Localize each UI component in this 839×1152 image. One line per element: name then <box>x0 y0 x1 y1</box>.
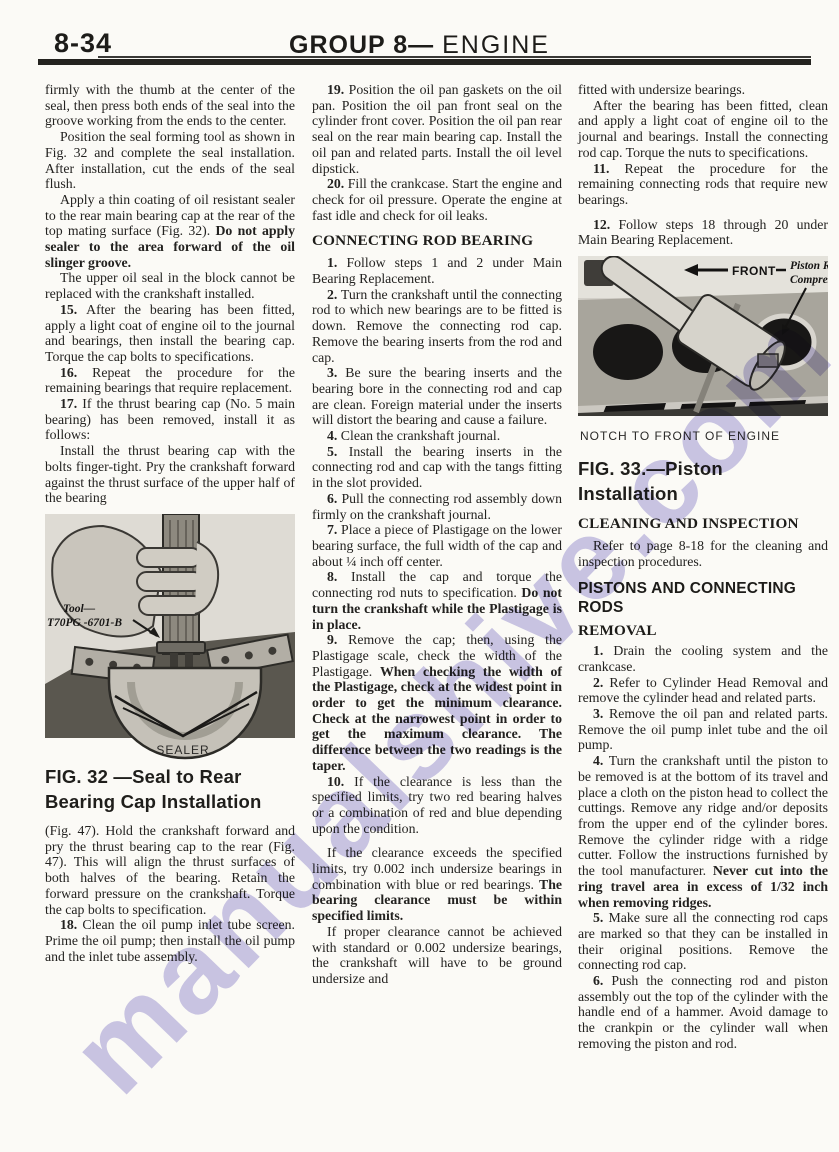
text: (Fig. 47). Hold the crankshaft forward a… <box>45 823 295 917</box>
fig33-compressor-label-line1: Piston Ring <box>790 260 828 272</box>
fig33-front-label: FRONT <box>732 264 776 278</box>
step-number: 1. <box>327 255 346 270</box>
paragraph: Apply a thin coating of oil resistant se… <box>45 192 295 271</box>
step-number: 10. <box>327 774 354 789</box>
text: Pull the connecting rod assembly down fi… <box>312 491 562 522</box>
step-number: 8. <box>327 569 351 584</box>
procedure-step: 8. Install the cap and torque the connec… <box>312 569 562 632</box>
text: Turn the crankshaft until the piston to … <box>578 753 828 878</box>
text: Position the oil pan gaskets on the oil … <box>312 82 562 176</box>
paragraph: After the bearing has been fitted, clean… <box>578 98 828 161</box>
procedure-step: 4. Clean the crankshaft journal. <box>312 428 562 444</box>
fig32-photo: Tool— T70PG -6701-B SEALER <box>45 514 295 760</box>
text: Refer to Cylinder Head Removal and remov… <box>578 675 828 706</box>
step-number: 6. <box>593 973 611 988</box>
text: Install the bearing inserts in the conne… <box>312 444 562 490</box>
step-number: 3. <box>327 365 345 380</box>
cylinder-bore <box>593 324 663 380</box>
step-number: 5. <box>327 444 349 459</box>
procedure-step: 5. Install the bearing inserts in the co… <box>312 444 562 491</box>
fig32-sealer-label: SEALER <box>156 743 209 757</box>
procedure-step: 16. Repeat the procedure for the remaini… <box>45 365 295 396</box>
procedure-step: 1. Drain the cooling system and the cran… <box>578 643 828 674</box>
step-number: 5. <box>593 910 609 925</box>
paragraph: If the clearance exceeds the specified l… <box>312 845 562 924</box>
procedure-step: 3. Remove the oil pan and related parts.… <box>578 706 828 753</box>
text: Clean the crankshaft journal. <box>341 428 500 443</box>
procedure-step: 6. Pull the connecting rod assembly down… <box>312 491 562 522</box>
step-number: 19. <box>327 82 349 97</box>
text: Fill the crankcase. Start the engine and… <box>312 176 562 222</box>
text: The upper oil seal in the block cannot b… <box>45 270 295 301</box>
procedure-step: 2. Turn the crankshaft until the connect… <box>312 287 562 366</box>
text: Push the connecting rod and piston assem… <box>578 973 828 1051</box>
text: Remove the oil pan and related parts. Re… <box>578 706 828 752</box>
text-column-3: fitted with undersize bearings.After the… <box>578 82 828 1052</box>
procedure-step: 4. Turn the crankshaft until the piston … <box>578 753 828 910</box>
text-column-1: firmly with the thumb at the center of t… <box>45 82 295 964</box>
text: After the bearing has been fitted, clean… <box>578 98 828 160</box>
paragraph: The upper oil seal in the block cannot b… <box>45 270 295 301</box>
procedure-step: 15. After the bearing has been fitted, a… <box>45 302 295 365</box>
step-number: 15. <box>60 302 86 317</box>
figure-32-seal-installation: Tool— T70PG -6701-B SEALER <box>45 514 295 760</box>
procedure-step: 19. Position the oil pan gaskets on the … <box>312 82 562 176</box>
text: If the thrust bearing cap (No. 5 main be… <box>45 396 295 442</box>
step-number: 20. <box>327 176 348 191</box>
step-number: 9. <box>327 632 348 647</box>
header-group-label: GROUP 8— <box>289 31 434 59</box>
procedure-step: 7. Place a piece of Plastigage on the lo… <box>312 522 562 569</box>
procedure-step: 2. Refer to Cylinder Head Removal and re… <box>578 675 828 706</box>
bold-text: When checking the width of the Plastigag… <box>312 664 562 773</box>
paragraph: If proper clearance cannot be achieved w… <box>312 924 562 987</box>
step-number: 1. <box>593 643 613 658</box>
text: Drain the cooling system and the crankca… <box>578 643 828 674</box>
header-rule-thick <box>38 59 811 65</box>
step-number: 18. <box>60 917 82 932</box>
procedure-step: 12. Follow steps 18 through 20 under Mai… <box>578 217 828 248</box>
procedure-step: 17. If the thrust bearing cap (No. 5 mai… <box>45 396 295 443</box>
step-number: 2. <box>593 675 609 690</box>
paragraph: firmly with the thumb at the center of t… <box>45 82 295 129</box>
procedure-step: 18. Clean the oil pump inlet tube screen… <box>45 917 295 964</box>
fig32-tool-label-line1: Tool— <box>63 603 96 615</box>
text: Be sure the bearing inserts and the bear… <box>312 365 562 427</box>
paragraph: Position the seal forming tool as shown … <box>45 129 295 192</box>
procedure-step: 6. Push the connecting rod and piston as… <box>578 973 828 1052</box>
step-number: 3. <box>593 706 609 721</box>
step-number: 17. <box>60 396 82 411</box>
text-column-2: 19. Position the oil pan gaskets on the … <box>312 82 562 987</box>
procedure-step: 10. If the clearance is less than the sp… <box>312 774 562 837</box>
step-number: 4. <box>327 428 341 443</box>
section-heading: CLEANING AND INSPECTION <box>578 515 828 533</box>
text: Refer to page 8-18 for the cleaning and … <box>578 538 828 569</box>
text: Make sure all the connecting rod caps ar… <box>578 910 828 972</box>
text: Position the seal forming tool as shown … <box>45 129 295 191</box>
procedure-step: 5. Make sure all the connecting rod caps… <box>578 910 828 973</box>
header-rule-thin <box>98 56 811 58</box>
figure-33-piston-installation: FRONT Piston Ring Compressor NOTCH TO FR… <box>578 256 828 452</box>
text: Clean the oil pump inlet tube screen. Pr… <box>45 917 295 963</box>
figure-caption: FIG. 33.—Piston Installation <box>578 456 828 506</box>
procedure-step: 3. Be sure the bearing inserts and the b… <box>312 365 562 428</box>
procedure-step: 11. Repeat the procedure for the remaini… <box>578 161 828 208</box>
paragraph: (Fig. 47). Hold the crankshaft forward a… <box>45 823 295 917</box>
paragraph: Refer to page 8-18 for the cleaning and … <box>578 538 828 569</box>
step-number: 11. <box>593 161 625 176</box>
step-number: 12. <box>593 217 618 232</box>
procedure-step: 20. Fill the crankcase. Start the engine… <box>312 176 562 223</box>
fig32-tool-label-line2: T70PG -6701-B <box>47 617 122 629</box>
text: Turn the crankshaft until the connecting… <box>312 287 562 365</box>
fig33-compressor-label-line2: Compressor <box>790 274 828 286</box>
fig33-photo: FRONT Piston Ring Compressor NOTCH TO FR… <box>578 256 828 452</box>
header-section-label: ENGINE <box>442 31 550 59</box>
text: Follow steps 1 and 2 under Main Bearing … <box>312 255 562 286</box>
text: Place a piece of Plastigage on the lower… <box>312 522 562 568</box>
paragraph: fitted with undersize bearings. <box>578 82 828 98</box>
section-heading: REMOVAL <box>578 622 828 640</box>
step-number: 6. <box>327 491 341 506</box>
procedure-step: 9. Remove the cap; then, using the Plast… <box>312 632 562 773</box>
procedure-step: 1. Follow steps 1 and 2 under Main Beari… <box>312 255 562 286</box>
text: fitted with undersize bearings. <box>578 82 745 97</box>
step-number: 16. <box>60 365 92 380</box>
section-heading: CONNECTING ROD BEARING <box>312 232 562 250</box>
figure-caption: FIG. 32 —Seal to Rear Bearing Cap Instal… <box>45 764 295 814</box>
step-number: 2. <box>327 287 341 302</box>
text: If proper clearance cannot be achieved w… <box>312 924 562 986</box>
step-number: 4. <box>593 753 609 768</box>
section-heading: PISTONS AND CONNECTING RODS <box>578 580 828 618</box>
text: Install the thrust bearing cap with the … <box>45 443 295 505</box>
step-number: 7. <box>327 522 341 537</box>
text: If the clearance exceeds the specified l… <box>312 845 562 891</box>
paragraph: Install the thrust bearing cap with the … <box>45 443 295 506</box>
text: firmly with the thumb at the center of t… <box>45 82 295 128</box>
fig33-notch-label: NOTCH TO FRONT OF ENGINE <box>580 429 780 443</box>
manual-page: 8-34 GROUP 8—ENGINE firmly with the thum… <box>0 0 839 1152</box>
